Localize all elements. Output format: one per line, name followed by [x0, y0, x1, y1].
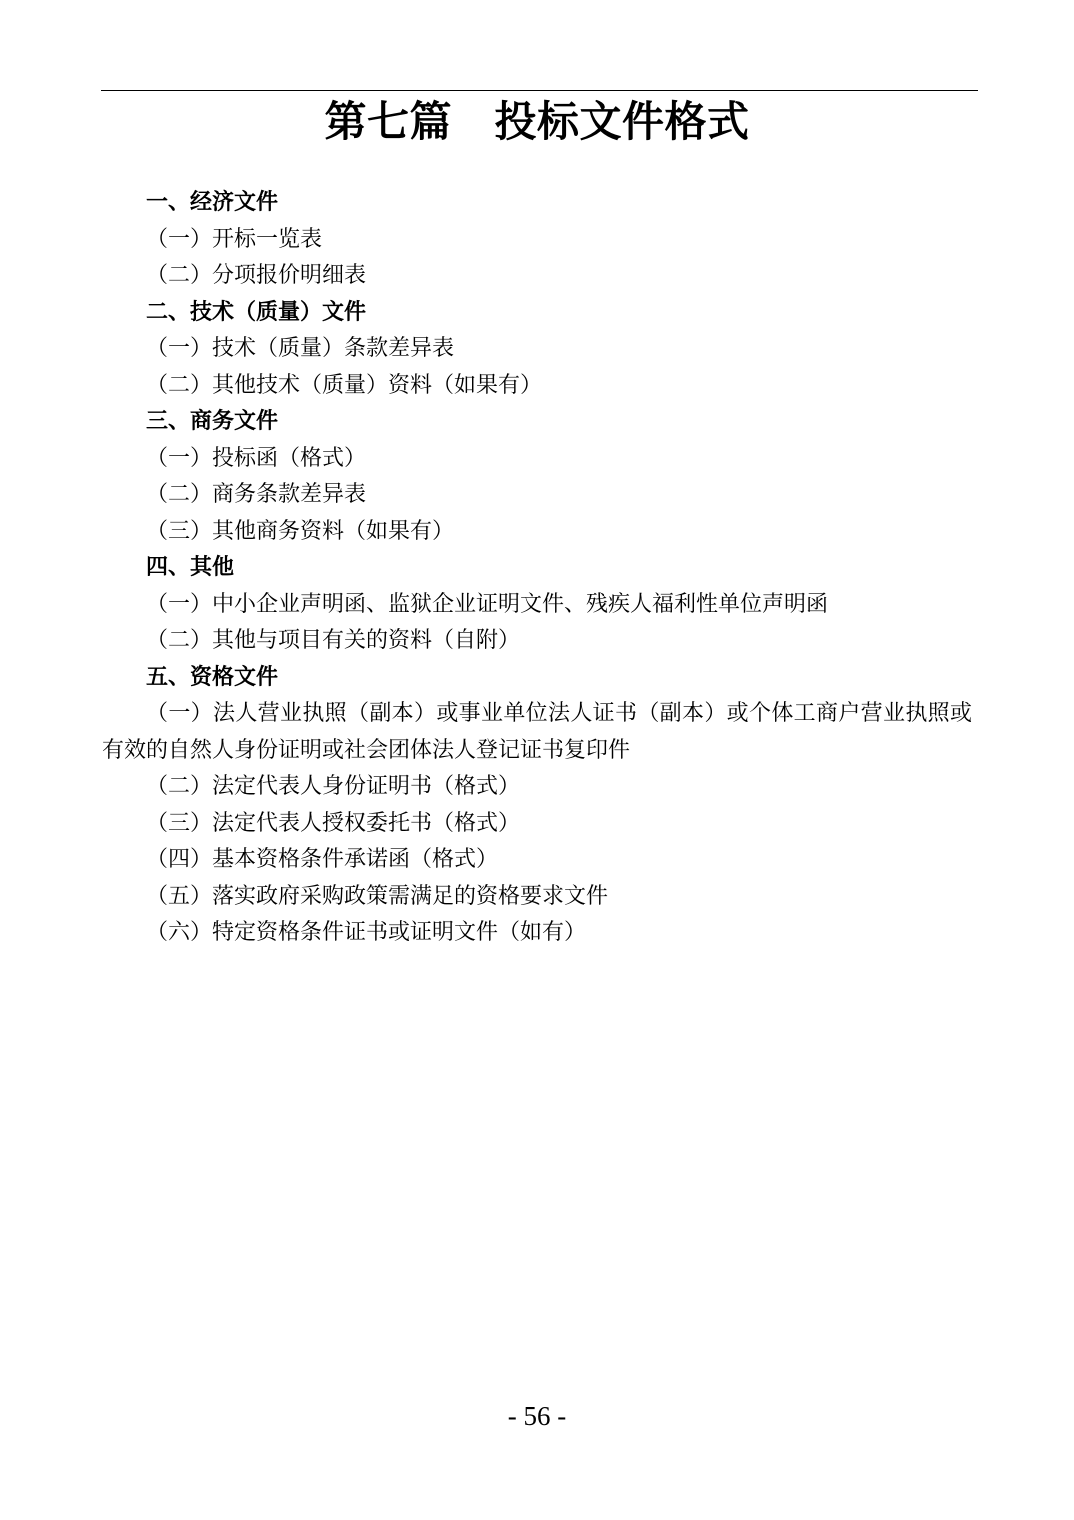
- list-item: （二）其他技术（质量）资料（如果有）: [102, 367, 972, 404]
- list-item: （一）技术（质量）条款差异表: [102, 330, 972, 367]
- list-item: （四）基本资格条件承诺函（格式）: [102, 841, 972, 878]
- list-item: （一）中小企业声明函、监狱企业证明文件、残疾人福利性单位声明函: [102, 586, 972, 623]
- section-4-heading: 四、其他: [102, 549, 972, 586]
- section-5-heading: 五、资格文件: [102, 659, 972, 696]
- list-item: （二）法定代表人身份证明书（格式）: [102, 768, 972, 805]
- document-body: 一、经济文件 （一）开标一览表 （二）分项报价明细表 二、技术（质量）文件 （一…: [102, 184, 972, 951]
- page-title: 第七篇 投标文件格式: [0, 99, 1074, 147]
- list-item: （一）开标一览表: [102, 221, 972, 258]
- list-item: （二）分项报价明细表: [102, 257, 972, 294]
- list-item: （一）法人营业执照（副本）或事业单位法人证书（副本）或个体工商户营业执照或有效的…: [102, 695, 972, 768]
- header-divider: [101, 90, 978, 91]
- list-item: （六）特定资格条件证书或证明文件（如有）: [102, 914, 972, 951]
- list-item: （二）商务条款差异表: [102, 476, 972, 513]
- list-item: （二）其他与项目有关的资料（自附）: [102, 622, 972, 659]
- document-page: 第七篇 投标文件格式 一、经济文件 （一）开标一览表 （二）分项报价明细表 二、…: [0, 0, 1074, 1520]
- list-item: （五）落实政府采购政策需满足的资格要求文件: [102, 878, 972, 915]
- section-1-heading: 一、经济文件: [102, 184, 972, 221]
- page-number: - 56 -: [0, 1400, 1074, 1432]
- section-3-heading: 三、商务文件: [102, 403, 972, 440]
- list-item: （三）法定代表人授权委托书（格式）: [102, 805, 972, 842]
- list-item: （三）其他商务资料（如果有）: [102, 513, 972, 550]
- section-2-heading: 二、技术（质量）文件: [102, 294, 972, 331]
- list-item: （一）投标函（格式）: [102, 440, 972, 477]
